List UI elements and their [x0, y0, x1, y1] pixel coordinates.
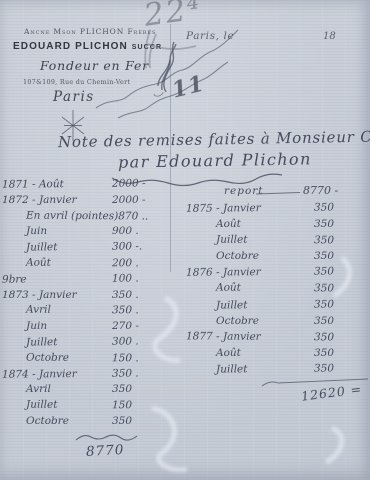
letterhead-city: Paris: [53, 89, 95, 105]
row-label: Août: [186, 282, 314, 295]
ledger-row: En avril (pointes)870 ..: [2, 209, 162, 226]
row-value: 350: [314, 362, 364, 374]
row-label: 1873 - Janvier: [2, 289, 112, 301]
ledger-row: 1877 - Janvier350: [186, 330, 364, 347]
row-label: Juillet: [186, 363, 314, 376]
left-total-rule: [76, 435, 137, 440]
ink-loop-mark: [154, 92, 163, 96]
row-value: 350: [112, 415, 162, 427]
row-label: Juillet: [2, 399, 112, 412]
row-label: Octobre: [2, 415, 112, 427]
ledger-row: Avril350 .: [2, 304, 162, 321]
row-label: Avril: [2, 304, 112, 317]
row-value: 350: [314, 347, 364, 359]
row-label: Juin: [2, 225, 112, 237]
row-value: 270 -: [112, 320, 162, 332]
ledger-row: Octobre150 .: [2, 351, 162, 368]
row-value: 900 .: [112, 225, 162, 237]
ledger-row: Juillet350: [186, 298, 364, 316]
row-value: 150 .: [112, 352, 162, 364]
row-value: 350: [314, 331, 364, 343]
row-label: En avril (pointes): [2, 209, 118, 222]
row-value: 350 .: [112, 367, 162, 379]
row-value: 350 .: [112, 289, 162, 301]
ledger-row: Juin900 .: [2, 225, 162, 241]
ledger-row: Juillet350: [186, 234, 364, 251]
row-value: 350: [314, 218, 364, 230]
letterhead-trade-line: Fondeur en Fer: [40, 58, 149, 73]
row-label: Octobre: [186, 250, 314, 262]
row-value: 870 ..: [118, 210, 162, 222]
ledger-row: Juin270 -: [2, 320, 162, 336]
ledger-row: Octobre350: [186, 315, 364, 331]
letterhead-address-line: 107&109, Rue du Chemin-Vert: [23, 78, 130, 86]
row-value: 200 .: [112, 257, 162, 269]
row-label: Août: [186, 218, 314, 230]
row-value: 300 .: [112, 335, 162, 347]
row-label: Août: [186, 347, 314, 359]
ledger-row: Juillet300 -.: [2, 240, 162, 257]
row-value: 350: [112, 383, 162, 395]
row-label: 1872 - Janvier: [2, 194, 112, 206]
ledger-row: Août350: [186, 218, 364, 234]
ledger-row: 9bre100 .: [2, 272, 162, 289]
row-value: 2000 -: [112, 177, 162, 189]
report-value: 8770 -: [303, 184, 338, 197]
row-value: 100 .: [112, 272, 162, 284]
row-value: 350: [314, 250, 364, 262]
ledger-row: 1874 - Janvier350 .: [2, 367, 162, 384]
tally-mark: 11: [169, 70, 207, 103]
note-title-line2: par Edouard Plichon: [118, 149, 312, 171]
row-value: 350: [314, 315, 364, 327]
ledger-row: 1872 - Janvier2000 -: [2, 194, 162, 210]
ledger-row: Juillet150: [2, 399, 162, 416]
row-label: 1876 - Janvier: [186, 266, 314, 279]
row-value: 150: [112, 399, 162, 411]
ledger-row: 1871 - Août2000 -: [2, 177, 162, 194]
ledger-row: Octobre350: [2, 415, 162, 431]
row-label: Juillet: [2, 241, 112, 254]
row-value: 350: [314, 283, 364, 295]
dateline-year: 18: [323, 31, 336, 42]
note-title-line1: Note des remises faites à Monsieur Claus…: [58, 127, 370, 151]
ledger-right-column: 1875 - Janvier350Août350Juillet350Octobr…: [186, 202, 364, 379]
scanned-ledger-letter: Ancne Mson PLICHON Frères EDOUARD PLICHO…: [0, 0, 370, 480]
row-label: 1874 - Janvier: [2, 367, 112, 380]
row-label: 1871 - Août: [2, 178, 112, 191]
row-value: 350: [314, 266, 364, 278]
row-value: 350: [314, 201, 364, 213]
row-value: 350: [314, 234, 364, 246]
left-column-total: 8770: [86, 442, 125, 460]
ledger-row: Août200 .: [2, 256, 162, 273]
row-label: Octobre: [186, 315, 314, 327]
ledger-left-column: 1871 - Août2000 -1872 - Janvier2000 -En …: [2, 178, 162, 431]
ledger-row: Août350: [186, 347, 364, 363]
ledger-row: Octobre350: [186, 250, 364, 266]
row-label: 9bre: [2, 273, 112, 286]
row-value: 350 .: [112, 305, 162, 317]
row-label: Juillet: [2, 336, 112, 349]
letterhead-firm-line: Ancne Mson PLICHON Frères: [24, 27, 156, 36]
right-column-total: 12620 =: [300, 381, 363, 403]
row-label: Juin: [2, 320, 112, 332]
ledger-row: Juillet350: [186, 362, 364, 380]
ledger-row: Août350: [186, 282, 364, 299]
row-label: 1875 - Janvier: [186, 202, 314, 215]
report-label: report: [224, 185, 264, 197]
row-value: 350: [314, 298, 364, 310]
dateline-prefix: Paris, le: [186, 30, 234, 42]
ledger-row: Avril350: [2, 383, 162, 399]
row-label: Août: [2, 256, 112, 269]
row-label: Avril: [2, 383, 112, 395]
letterhead-owner-line: EDOUARD PLICHON succr: [13, 41, 162, 52]
ledger-row: Juillet300 .: [2, 335, 162, 352]
row-label: Juillet: [186, 298, 314, 311]
row-value: 300 -.: [112, 240, 162, 252]
row-value: 2000 -: [112, 194, 162, 206]
row-label: 1877 - Janvier: [186, 330, 314, 343]
pencil-number-annotation: 22⁴: [142, 0, 204, 34]
row-label: Juillet: [186, 234, 314, 247]
row-label: Octobre: [2, 351, 112, 364]
ledger-row: 1873 - Janvier350 .: [2, 289, 162, 305]
ledger-row: 1875 - Janvier350: [186, 201, 364, 219]
